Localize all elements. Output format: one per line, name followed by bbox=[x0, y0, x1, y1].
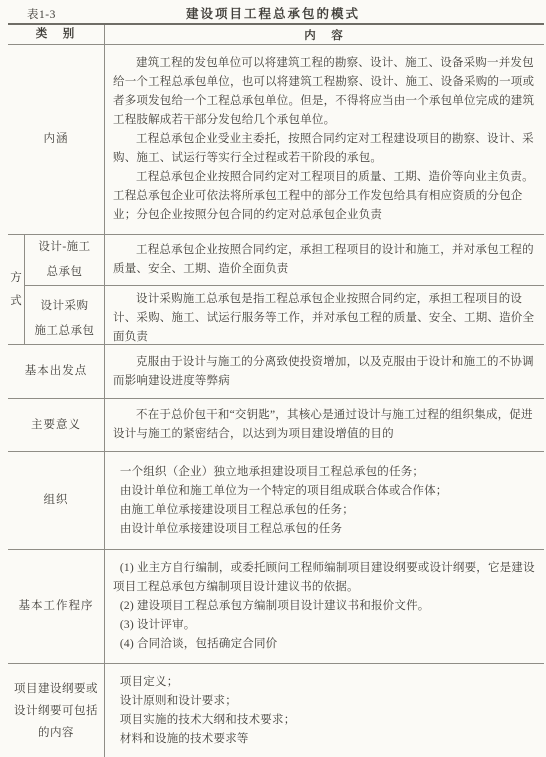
cell-list-item: 由设计单位和施工单位为一个特定的项目组成联合体或合作体； bbox=[113, 482, 538, 501]
cell-design-build-content: 工程总承包企业按照合同约定，承担工程项目的设计和施工，并对承包工程的质量、安全、… bbox=[105, 235, 544, 285]
table-caption: 表1-3 建设项目工程总承包的模式 bbox=[0, 0, 546, 23]
column-header-category: 类 别 bbox=[8, 25, 105, 44]
cell-paragraph: 设计采购施工总承包是指工程总承包企业按照合同约定，承担工程项目的设计、采购、施工… bbox=[113, 290, 538, 347]
cell-connotation-content: 建筑工程的发包单位可以将建筑工程的勘察、设计、施工、设备采购一并发包给一个工程总… bbox=[105, 45, 544, 234]
cell-list-item: (2) 建设项目工程总承包方编制项目设计建议书和报价文件。 bbox=[113, 597, 538, 616]
subrow-label-line: 总承包 bbox=[47, 260, 83, 285]
cell-list-item: 设计原则和设计要求； bbox=[113, 692, 538, 711]
table-title: 建设项目工程总承包的模式 bbox=[0, 4, 546, 22]
cell-main-significance-content: 不在于总价包干和“交钥匙”，其核心是通过设计与施工过程的组织集成，促进设计与施工… bbox=[105, 399, 544, 451]
cell-project-outline-contents: 项目定义； 设计原则和设计要求； 项目实施的技术大纲和技术要求； 材料和设施的技… bbox=[105, 664, 544, 757]
methods-subtable: 设计-施工 总承包 工程总承包企业按照合同约定，承担工程项目的设计和施工，并对承… bbox=[25, 235, 544, 344]
row-label-methods: 方 式 bbox=[8, 235, 25, 344]
row-project-outline-contents: 项目建设纲要或 设计纲要可包括 的内容 项目定义； 设计原则和设计要求； 项目实… bbox=[8, 664, 544, 757]
column-header-content: 内 容 bbox=[105, 25, 544, 44]
cell-paragraph: 工程总承包企业按照合同约定，承担工程项目的设计和施工，并对承包工程的质量、安全、… bbox=[113, 241, 538, 279]
subrow-epc: 设计采购 施工总承包 设计采购施工总承包是指工程总承包企业按照合同约定，承担工程… bbox=[25, 286, 544, 351]
cell-paragraph: 工程总承包企业按照合同约定对工程项目的质量、工期、造价等向业主负责。工程总承包企… bbox=[113, 168, 538, 225]
subrow-design-build: 设计-施工 总承包 工程总承包企业按照合同约定，承担工程项目的设计和施工，并对承… bbox=[25, 235, 544, 286]
cell-list-item: 由设计单位承接建设项目工程总承包的任务 bbox=[113, 520, 538, 539]
subrow-label-line: 施工总承包 bbox=[35, 319, 95, 344]
subrow-label-line: 设计-施工 bbox=[38, 235, 90, 260]
row-label-basic-work-procedure: 基本工作程序 bbox=[8, 550, 105, 663]
row-label-connotation: 内涵 bbox=[8, 45, 105, 234]
row-main-significance: 主要意义 不在于总价包干和“交钥匙”，其核心是通过设计与施工过程的组织集成，促进… bbox=[8, 399, 544, 452]
row-label-organization: 组织 bbox=[8, 452, 105, 549]
subrow-label-epc: 设计采购 施工总承包 bbox=[25, 286, 105, 351]
document-page: 表1-3 建设项目工程总承包的模式 类 别 内 容 内涵 建筑工程的发包单位可以… bbox=[0, 0, 546, 757]
cell-list-item: (4) 合同洽谈，包括确定合同价 bbox=[113, 635, 538, 654]
row-label-line: 设计纲要可包括 bbox=[14, 700, 98, 722]
row-connotation: 内涵 建筑工程的发包单位可以将建筑工程的勘察、设计、施工、设备采购一并发包给一个… bbox=[8, 45, 544, 235]
row-label-project-outline-contents: 项目建设纲要或 设计纲要可包括 的内容 bbox=[8, 664, 105, 757]
row-label-line: 的内容 bbox=[38, 722, 74, 744]
row-label-line: 项目建设纲要或 bbox=[14, 678, 98, 700]
row-methods: 方 式 设计-施工 总承包 工程总承包企业按照合同约定，承担工程项目的设计和施工… bbox=[8, 235, 544, 345]
cell-paragraph: 建筑工程的发包单位可以将建筑工程的勘察、设计、施工、设备采购一并发包给一个工程总… bbox=[113, 54, 538, 130]
cell-list-item: 一个组织（企业）独立地承担建设项目工程总承包的任务； bbox=[113, 463, 538, 482]
cell-epc-content: 设计采购施工总承包是指工程总承包企业按照合同约定，承担工程项目的设计、采购、施工… bbox=[105, 286, 544, 351]
cell-organization-content: 一个组织（企业）独立地承担建设项目工程总承包的任务； 由设计单位和施工单位为一个… bbox=[105, 452, 544, 549]
subrow-label-design-build: 设计-施工 总承包 bbox=[25, 235, 105, 285]
row-organization: 组织 一个组织（企业）独立地承担建设项目工程总承包的任务； 由设计单位和施工单位… bbox=[8, 452, 544, 550]
cell-list-item: 项目实施的技术大纲和技术要求； bbox=[113, 711, 538, 730]
subrow-label-line: 设计采购 bbox=[41, 294, 89, 319]
table-header-row: 类 别 内 容 bbox=[8, 25, 544, 45]
cell-list-item: 由施工单位承接建设项目工程总承包的任务； bbox=[113, 501, 538, 520]
cell-paragraph: 工程总承包企业受业主委托，按照合同约定对工程建设项目的勘察、设计、采购、施工、试… bbox=[113, 130, 538, 168]
row-label-main-significance: 主要意义 bbox=[8, 399, 105, 451]
cell-basic-starting-point-content: 克服由于设计与施工的分离致使投资增加，以及克服由于设计和施工的不协调而影响建设进… bbox=[105, 345, 544, 398]
row-label-basic-starting-point: 基本出发点 bbox=[8, 345, 105, 398]
cell-list-item: (1) 业主方自行编制，或委托顾问工程师编制项目建设纲要或设计纲要，它是建设项目… bbox=[113, 559, 538, 597]
cell-paragraph: 不在于总价包干和“交钥匙”，其核心是通过设计与施工过程的组织集成，促进设计与施工… bbox=[113, 406, 538, 444]
table: 类 别 内 容 内涵 建筑工程的发包单位可以将建筑工程的勘察、设计、施工、设备采… bbox=[8, 23, 544, 757]
cell-list-item: 材料和设施的技术要求等 bbox=[113, 730, 538, 749]
methods-label-char: 式 bbox=[10, 290, 22, 313]
cell-basic-work-procedure-content: (1) 业主方自行编制，或委托顾问工程师编制项目建设纲要或设计纲要，它是建设项目… bbox=[105, 550, 544, 663]
methods-label-char: 方 bbox=[10, 267, 22, 290]
cell-list-item: 项目定义； bbox=[113, 673, 538, 692]
row-basic-work-procedure: 基本工作程序 (1) 业主方自行编制，或委托顾问工程师编制项目建设纲要或设计纲要… bbox=[8, 550, 544, 664]
cell-paragraph: 克服由于设计与施工的分离致使投资增加，以及克服由于设计和施工的不协调而影响建设进… bbox=[113, 353, 538, 391]
row-basic-starting-point: 基本出发点 克服由于设计与施工的分离致使投资增加，以及克服由于设计和施工的不协调… bbox=[8, 345, 544, 399]
cell-list-item: (3) 设计评审。 bbox=[113, 616, 538, 635]
